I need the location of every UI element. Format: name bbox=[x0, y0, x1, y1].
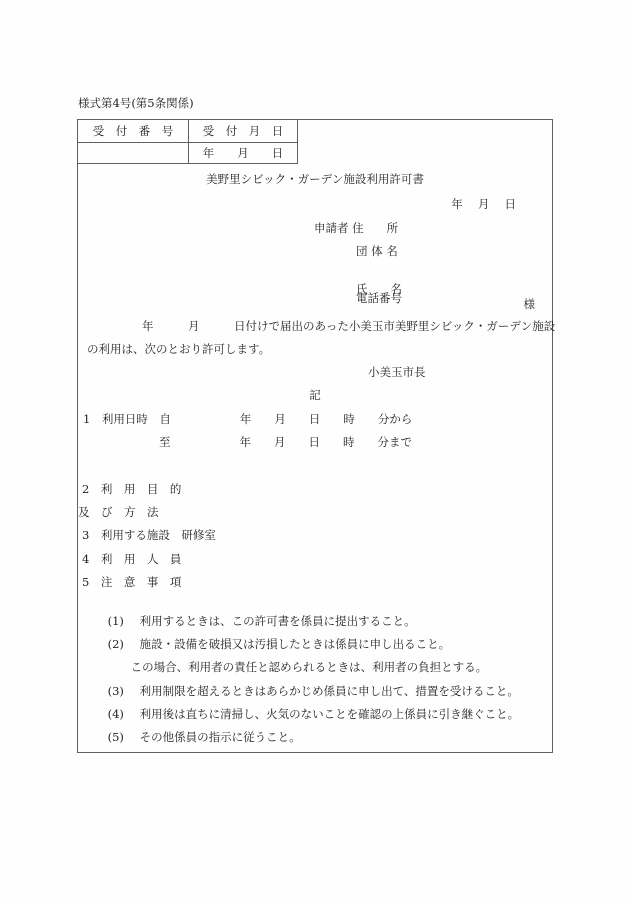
permission-notice-line1: 年 月 日付けで届出のあった小美玉市美野里シビック・ガーデン施設 bbox=[142, 319, 555, 334]
item1-usage-datetime-from: 1 利用日時 自 年 月 日 時 分から bbox=[83, 412, 412, 427]
item2-usage-method: 及 び 方 法 bbox=[78, 505, 159, 520]
issue-date-line: 年 月 日 bbox=[451, 197, 516, 212]
item2-usage-purpose: 2 利 用 目 的 bbox=[82, 482, 181, 497]
applicant-phone-line: 電話番号 bbox=[356, 291, 402, 306]
document-page: { "page": { "background": "#fefefe", "te… bbox=[0, 0, 630, 903]
reception-table: 受 付 番 号 受 付 月 日 年 月 日 bbox=[78, 120, 298, 164]
applicant-address-line: 申請者 住 所 bbox=[314, 221, 398, 236]
reception-number-value-cell bbox=[78, 143, 189, 164]
applicant-name-line: 氏 名 様 bbox=[78, 267, 552, 282]
item5-precautions: 5 注 意 事 項 bbox=[82, 575, 181, 590]
mayor-signature: 小美玉市長 bbox=[368, 365, 426, 380]
reception-date-value-cell: 年 月 日 bbox=[189, 143, 298, 164]
permission-notice-line2: の利用は、次のとおり許可します。 bbox=[87, 342, 270, 357]
item4-number-of-users: 4 利 用 人 員 bbox=[82, 552, 181, 567]
note-5: (5)その他係員の指示に従うこと。 bbox=[93, 715, 301, 760]
reception-number-header-cell: 受 付 番 号 bbox=[78, 120, 189, 143]
item3-facility-used: 3 利用する施設 研修室 bbox=[82, 528, 216, 543]
permit-document-frame: 受 付 番 号 受 付 月 日 年 月 日 美野里シビック・ガーデン施設利用許可… bbox=[77, 119, 553, 753]
honorific-sama: 様 bbox=[524, 297, 536, 312]
applicant-organization-line: 団 体 名 bbox=[356, 244, 398, 259]
document-title: 美野里シビック・ガーデン施設利用許可書 bbox=[78, 172, 552, 187]
form-number-label: 様式第4号(第5条関係) bbox=[78, 95, 194, 111]
note-5-text: その他係員の指示に従うこと。 bbox=[140, 730, 301, 744]
ki-separator: 記 bbox=[78, 388, 552, 403]
item1-usage-datetime-to: 至 年 月 日 時 分まで bbox=[159, 435, 412, 450]
note-5-number: (5) bbox=[108, 730, 140, 745]
reception-date-header-cell: 受 付 月 日 bbox=[189, 120, 298, 143]
